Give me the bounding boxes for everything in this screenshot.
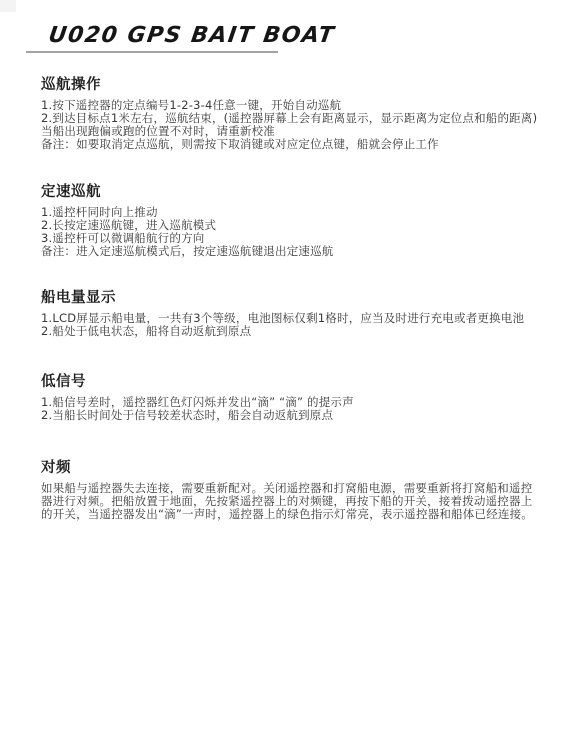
section-heading: 巡航操作 (41, 77, 541, 94)
section-heading: 船电量显示 (41, 290, 541, 307)
brand-logo: U020 GPS BAIT BOAT (47, 25, 336, 47)
section-heading: 定速巡航 (41, 184, 541, 201)
section-boat-battery-display: 船电量显示 1.LCD屏显示船电量，一共有3个等级，电池图标仅剩1格时，应当及时… (41, 290, 541, 338)
section-low-signal: 低信号 1.船信号差时，遥控器红色灯闪烁并发出“滴” “滴” 的提示声 2.当船… (41, 374, 541, 422)
scan-artifact (0, 0, 16, 12)
section-fixed-speed-cruise: 定速巡航 1.遥控杆同时向上推动 2.长按定速巡航键，进入巡航模式 3.遥控杆可… (41, 184, 541, 258)
body-line: 2.到达目标点1米左右，巡航结束，(遥控器屏幕上会有距离显示，显示距离为定位点和… (41, 112, 541, 138)
manual-content: 巡航操作 1.按下遥控器的定点编号1-2-3-4任意一键，开始自动巡航 2.到达… (0, 77, 567, 521)
body-line: 2.当船长时间处于信号较差状态时，船会自动返航到原点 (41, 409, 541, 422)
section-frequency-pairing: 对频 如果船与遥控器失去连接，需要重新配对。关闭遥控器和打窝船电源，需要重新将打… (41, 460, 541, 521)
body-line-note: 备注：如要取消定点巡航，则需按下取消键或对应定位点键，船就会停止工作 (41, 138, 541, 151)
section-heading: 低信号 (41, 374, 541, 391)
body-paragraph: 如果船与遥控器失去连接，需要重新配对。关闭遥控器和打窝船电源，需要重新将打窝船和… (41, 482, 541, 521)
header: U020 GPS BAIT BOAT (0, 25, 567, 53)
section-cruise-operation: 巡航操作 1.按下遥控器的定点编号1-2-3-4任意一键，开始自动巡航 2.到达… (41, 77, 541, 151)
body-line-note: 备注：进入定速巡航模式后，按定速巡航键退出定速巡航 (41, 245, 541, 258)
manual-page: U020 GPS BAIT BOAT 巡航操作 1.按下遥控器的定点编号1-2-… (0, 0, 567, 737)
section-heading: 对频 (41, 460, 541, 477)
body-line: 2.船处于低电状态，船将自动返航到原点 (41, 325, 541, 338)
logo-underline (26, 51, 278, 53)
